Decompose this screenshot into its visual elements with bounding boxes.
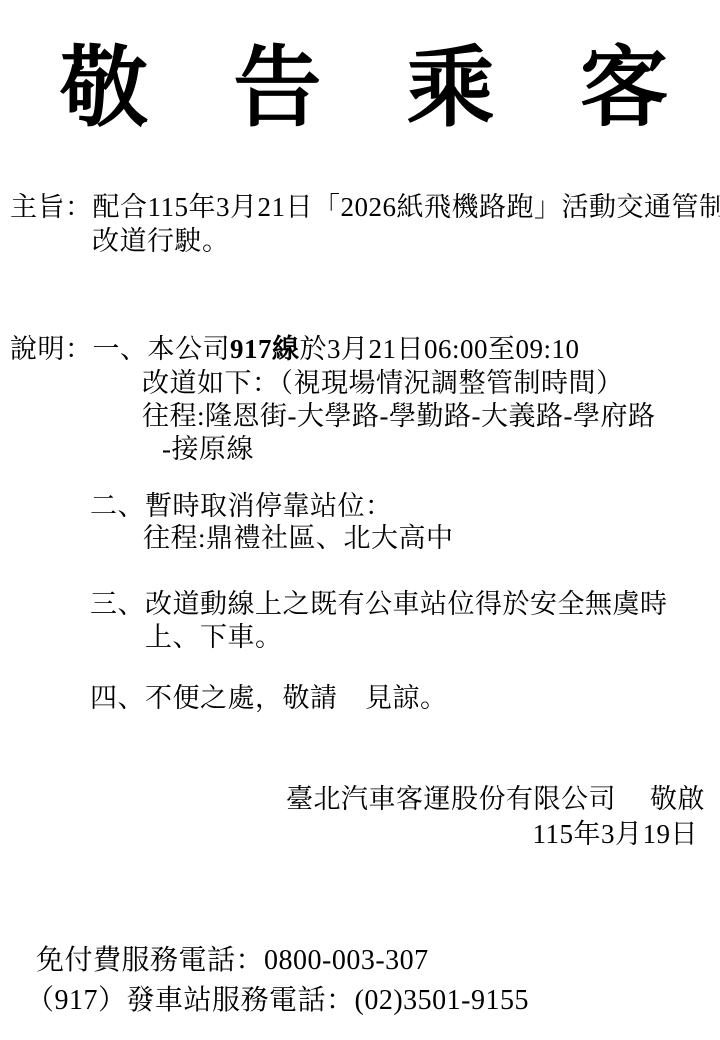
item1-route: -接原線 [162,434,254,464]
item3-number: 三、 [90,589,145,619]
explanation-label: 說明： [10,334,93,364]
title-char: 敬 [60,44,148,136]
item4-number: 四、 [90,683,145,713]
explanation-item2-line1: 二、暫時取消停靠站位： [90,490,393,522]
signature-date-line: 115年3月19日 [533,818,699,850]
item1-text: 本公司 [148,334,231,364]
explanation-item3-line1: 三、改道動線上之既有公車站位得於安全無虞時 [90,588,668,620]
route-number: 917線 [230,334,300,364]
signature-company-line: 臺北汽車客運股份有限公司敬啟 [286,783,705,815]
signature-closing: 敬啟 [650,784,705,814]
depot-phone: （917）發車站服務電話：(02)3501-9155 [26,985,529,1016]
explanation-item1-line3: 往程:隆恩街-大學路-學勤路-大義路-學府路 [142,400,655,432]
title-char: 乘 [407,44,495,136]
signature-date: 115年3月19日 [533,819,699,849]
item3-text: 上、下車。 [145,622,283,652]
notice-title: 敬 告 乘 客 [60,44,668,136]
item2-number: 二、 [90,491,145,521]
subject-line-2: 改道行駛。 [92,225,230,257]
title-char: 客 [580,44,668,136]
footer-tollfree-line: 免付費服務電話：0800-003-307 [36,944,429,978]
item1-text: 於3月21日06:00至09:10 [300,334,580,364]
item1-text: 改道如下：（視現場情況調整管制時間） [142,368,624,398]
subject-text: 配合115年3月21日「2026紙飛機路跑」活動交通管制 [93,192,720,222]
item2-text: 往程:鼎禮社區、北大高中 [143,523,454,553]
item1-route: 往程:隆恩街-大學路-學勤路-大義路-學府路 [142,401,655,431]
explanation-item2-line2: 往程:鼎禮社區、北大高中 [143,522,454,554]
item3-text: 改道動線上之既有公車站位得於安全無虞時 [145,589,668,619]
explanation-item4-line1: 四、不便之處，敬請 見諒。 [90,682,448,714]
item2-text: 暫時取消停靠站位： [145,491,393,521]
item4-text: 不便之處，敬請 見諒。 [145,683,448,713]
explanation-item1-line1: 說明：一、本公司917線於3月21日06:00至09:10 [10,333,580,365]
tollfree-phone: 免付費服務電話：0800-003-307 [36,945,429,976]
explanation-item3-line2: 上、下車。 [145,621,283,653]
title-char: 告 [233,44,321,136]
explanation-item1-line2: 改道如下：（視現場情況調整管制時間） [142,367,624,399]
subject-line-1: 主旨：配合115年3月21日「2026紙飛機路跑」活動交通管制 [10,191,720,223]
subject-label: 主旨： [10,192,93,222]
footer-depot-line: （917）發車站服務電話：(02)3501-9155 [26,984,529,1018]
company-name: 臺北汽車客運股份有限公司 [286,784,616,814]
subject-text: 改道行駛。 [92,226,230,256]
notice-page: 敬 告 乘 客 主旨：配合115年3月21日「2026紙飛機路跑」活動交通管制 … [0,0,720,1040]
explanation-item1-line4: -接原線 [162,433,254,465]
item1-number: 一、 [93,334,148,364]
